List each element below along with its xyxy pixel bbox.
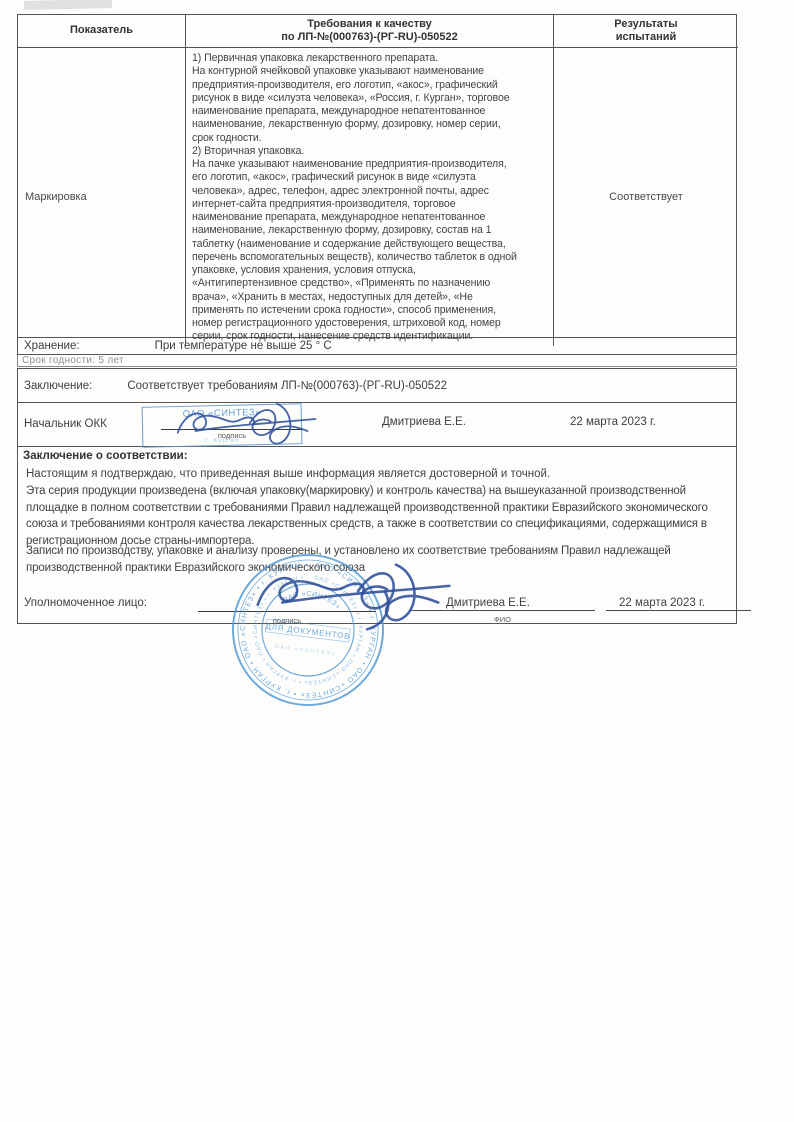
org-rect-stamp: ОАО «СИНТЕЗ» г. Курган [142, 403, 303, 448]
conclusion-label: Заключение: [24, 380, 92, 392]
storage-label: Хранение: [24, 340, 80, 352]
storage-value: При температуре не выше 25 ° С [155, 340, 332, 352]
compliance-heading: Заключение о соответствии: [23, 448, 188, 465]
scanned-quality-certificate: Показатель Требования к качеству по ЛП-№… [0, 0, 794, 1122]
table-header-results: Результаты испытаний [554, 15, 738, 48]
stamp-org-name: ОАО «СИНТЕЗ» [143, 406, 301, 421]
shelf-life-text: Срок годности: 5 лет [22, 355, 124, 366]
qc-chief-sign-row: Начальник ОКК подпись ОАО «СИНТЕЗ» г. Ку… [17, 403, 737, 447]
svg-text:ОАО «СИНТЕЗ»: ОАО «СИНТЕЗ» [281, 587, 343, 611]
table-header-requirements: Требования к качеству по ЛП-№(000763)-(Р… [186, 15, 554, 48]
authorized-person-label: Уполномоченное лицо: [24, 595, 147, 612]
qc-name: Дмитриева Е.Е. [382, 416, 466, 428]
header-line1: Результаты [614, 18, 677, 32]
compliance-paragraph-2: Эта серия продукции произведена (включая… [26, 483, 732, 549]
shelf-life-row: Срок годности: 5 лет [17, 355, 737, 367]
conclusion-value: Соответствует требованиям ЛП-№(000763)-(… [127, 380, 447, 392]
result-value: Соответствует [609, 191, 683, 203]
indicator-label: Маркировка [25, 191, 87, 203]
indicator-cell: Маркировка [18, 48, 186, 346]
seal-center-text: ДЛЯ ДОКУМЕНТОВ [265, 622, 351, 641]
scan-artifact [24, 0, 112, 10]
compliance-paragraph-1: Настоящим я подтверждаю, что приведенная… [26, 466, 550, 483]
company-seal: ОАО «СИНТЕЗ» • г. КУРГАН • ОАО «СИНТЕЗ» … [219, 541, 397, 719]
header-line1: Требования к качеству [307, 18, 432, 32]
quality-requirements-table: Показатель Требования к качеству по ЛП-№… [17, 14, 737, 338]
stamp-city: г. Курган [143, 435, 301, 446]
header-text: Показатель [70, 24, 133, 38]
fio-line [410, 610, 595, 611]
result-cell: Соответствует [554, 48, 738, 346]
date-line [606, 610, 751, 611]
fio-caption: ФИО [410, 612, 595, 629]
qc-date: 22 марта 2023 г. [570, 416, 656, 428]
conclusion-row: Заключение: Соответствует требованиям ЛП… [17, 368, 737, 403]
requirement-text-cell: 1) Первичная упаковка лекарственного пре… [186, 48, 554, 346]
seal-org-text: ОАО «СИНТЕЗ» [281, 587, 343, 611]
header-line2: испытаний [616, 31, 677, 45]
header-line2: по ЛП-№(000763)-(РГ-RU)-050522 [281, 31, 457, 45]
qc-chief-title: Начальник ОКК [24, 418, 107, 430]
table-header-indicator: Показатель [18, 15, 186, 48]
seal-decor-text: ОАО «СИНТЕЗ» [274, 644, 336, 658]
storage-row: Хранение: При температуре не выше 25 ° С [17, 338, 737, 355]
